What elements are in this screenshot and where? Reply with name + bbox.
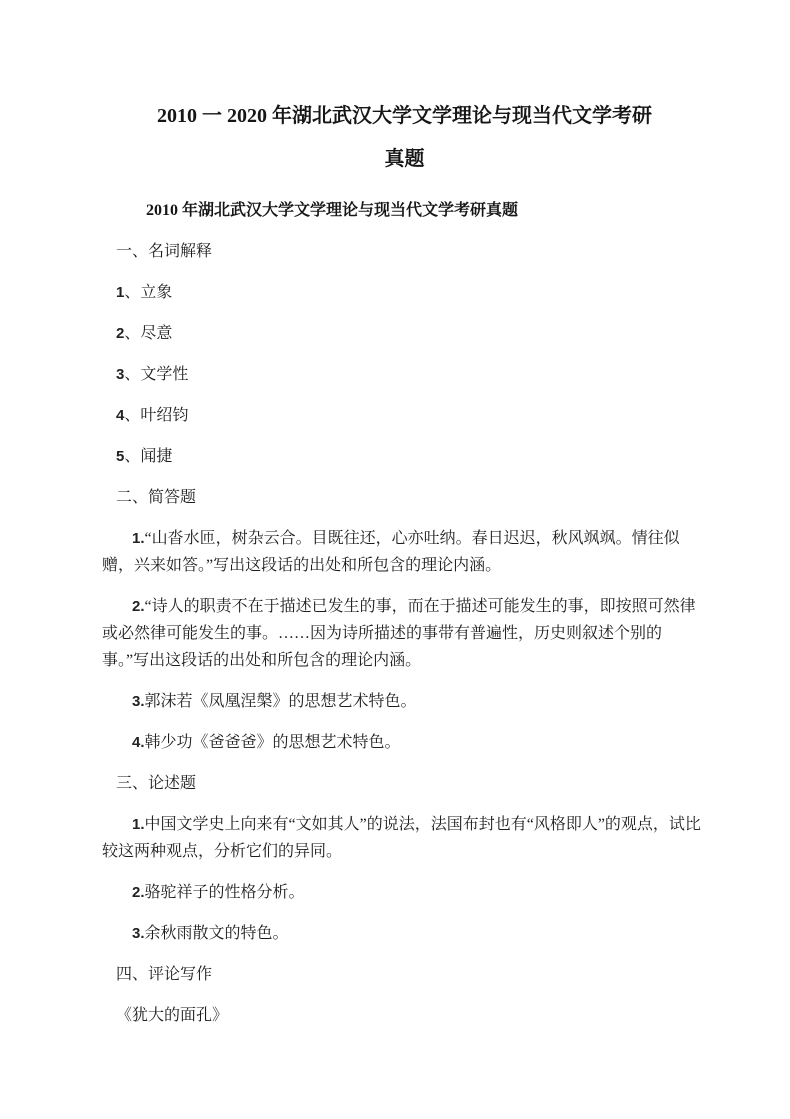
- page-title-line-1: 2010 一 2020 年湖北武汉大学文学理论与现当代文学考研: [102, 95, 707, 138]
- doc-heading: 2010 年湖北武汉大学文学理论与现当代文学考研真题: [102, 197, 707, 224]
- item-text: 、叶绍钧: [124, 407, 188, 424]
- item-number: 3.: [132, 693, 145, 710]
- item-number: 2.: [132, 598, 145, 615]
- item-text: 骆驼祥子的性格分析。: [145, 884, 305, 901]
- item-text: 韩少功《爸爸爸》的思想艺术特色。: [145, 734, 401, 751]
- question-paragraph: 2.骆驼祥子的性格分析。: [102, 879, 707, 906]
- question-paragraph: 2.“诗人的职责不在于描述已发生的事，而在于描述可能发生的事，即按照可然律或必然…: [102, 593, 707, 674]
- section-label: 二、简答题: [102, 484, 707, 511]
- section-label: 四、评论写作: [102, 961, 707, 988]
- item-text: 中国文学史上向来有“文如其人”的说法，法国布封也有“风格即人”的观点，试比较这两…: [102, 816, 701, 860]
- section-review-writing: 四、评论写作 《犹大的面孔》: [102, 961, 707, 1029]
- section-label: 一、名词解释: [102, 238, 707, 265]
- item-text: 、立象: [124, 284, 172, 301]
- question-paragraph: 1.中国文学史上向来有“文如其人”的说法，法国布封也有“风格即人”的观点，试比较…: [102, 811, 707, 865]
- item-number: 1.: [132, 530, 145, 547]
- item-text: 、尽意: [124, 325, 172, 342]
- item-text: “山沓水匝，树杂云合。目既往还，心亦吐纳。春日迟迟，秋风飒飒。情往似赠，兴来如答…: [102, 530, 680, 574]
- item-number: 3.: [132, 925, 145, 942]
- list-item: 5、闻捷: [102, 443, 707, 470]
- section-essay: 三、论述题 1.中国文学史上向来有“文如其人”的说法，法国布封也有“风格即人”的…: [102, 770, 707, 947]
- list-item: 2、尽意: [102, 320, 707, 347]
- item-text: 《犹大的面孔》: [116, 1007, 228, 1024]
- section-label: 三、论述题: [102, 770, 707, 797]
- item-text: 、闻捷: [124, 448, 172, 465]
- question-title: 《犹大的面孔》: [102, 1002, 707, 1029]
- item-text: 郭沫若《凤凰涅槃》的思想艺术特色。: [145, 693, 417, 710]
- question-paragraph: 3.郭沫若《凤凰涅槃》的思想艺术特色。: [102, 688, 707, 715]
- question-paragraph: 3.余秋雨散文的特色。: [102, 920, 707, 947]
- list-item: 3、文学性: [102, 361, 707, 388]
- question-paragraph: 1.“山沓水匝，树杂云合。目既往还，心亦吐纳。春日迟迟，秋风飒飒。情往似赠，兴来…: [102, 525, 707, 579]
- question-paragraph: 4.韩少功《爸爸爸》的思想艺术特色。: [102, 729, 707, 756]
- list-item: 4、叶绍钧: [102, 402, 707, 429]
- item-number: 1.: [132, 816, 145, 833]
- item-text: 余秋雨散文的特色。: [145, 925, 289, 942]
- item-text: “诗人的职责不在于描述已发生的事，而在于描述可能发生的事，即按照可然律或必然律可…: [102, 598, 696, 669]
- page-title-line-2: 真题: [102, 138, 707, 181]
- section-short-answer: 二、简答题 1.“山沓水匝，树杂云合。目既往还，心亦吐纳。春日迟迟，秋风飒飒。情…: [102, 484, 707, 756]
- page-title: 2010 一 2020 年湖北武汉大学文学理论与现当代文学考研 真题: [102, 95, 707, 181]
- section-noun-explanation: 一、名词解释 1、立象 2、尽意 3、文学性 4、叶绍钧 5、闻捷: [102, 238, 707, 470]
- item-text: 、文学性: [124, 366, 188, 383]
- item-number: 2.: [132, 884, 145, 901]
- item-number: 4.: [132, 734, 145, 751]
- list-item: 1、立象: [102, 279, 707, 306]
- document-page: 2010 一 2020 年湖北武汉大学文学理论与现当代文学考研 真题 2010 …: [0, 0, 790, 1119]
